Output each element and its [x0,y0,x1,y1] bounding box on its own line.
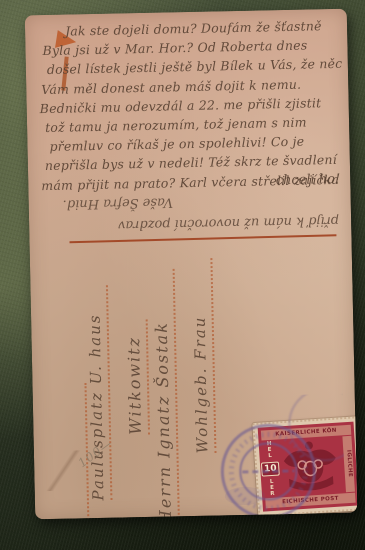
stamp-ler-label: LER [268,479,276,497]
stamp-design: KAISERLICHE KÖN IGLICHE ÖSTERR EICHISCHE… [258,422,358,512]
upside-down-note: přijď k nám už novoroční pozdrav Vaše Še… [52,185,339,237]
stamp-inscription-right: IGLICHE ÖSTERR [342,436,355,492]
address-line-recipient-title: Wohlgeb. Frau [188,258,216,453]
postcard: Jak ste dojeli domu? Doufám že šťastně B… [25,9,357,520]
address-line-recipient-name: Herrn Ignatz Šostak [151,269,180,519]
message-text: Jak ste dojeli domu? Doufám že šťastně B… [35,16,345,195]
paper-crease [28,450,99,491]
stamp-hel-label: HEL [265,441,273,459]
coat-of-arms-emblem [276,435,343,495]
postage-stamp: KAISERLICHE KÖN IGLICHE ÖSTERR EICHISCHE… [252,416,357,517]
photo-of-postcard-on-fabric: Jak ste dojeli domu? Doufám že šťastně B… [0,0,365,550]
address-line-city: Witkowitz [124,319,150,434]
